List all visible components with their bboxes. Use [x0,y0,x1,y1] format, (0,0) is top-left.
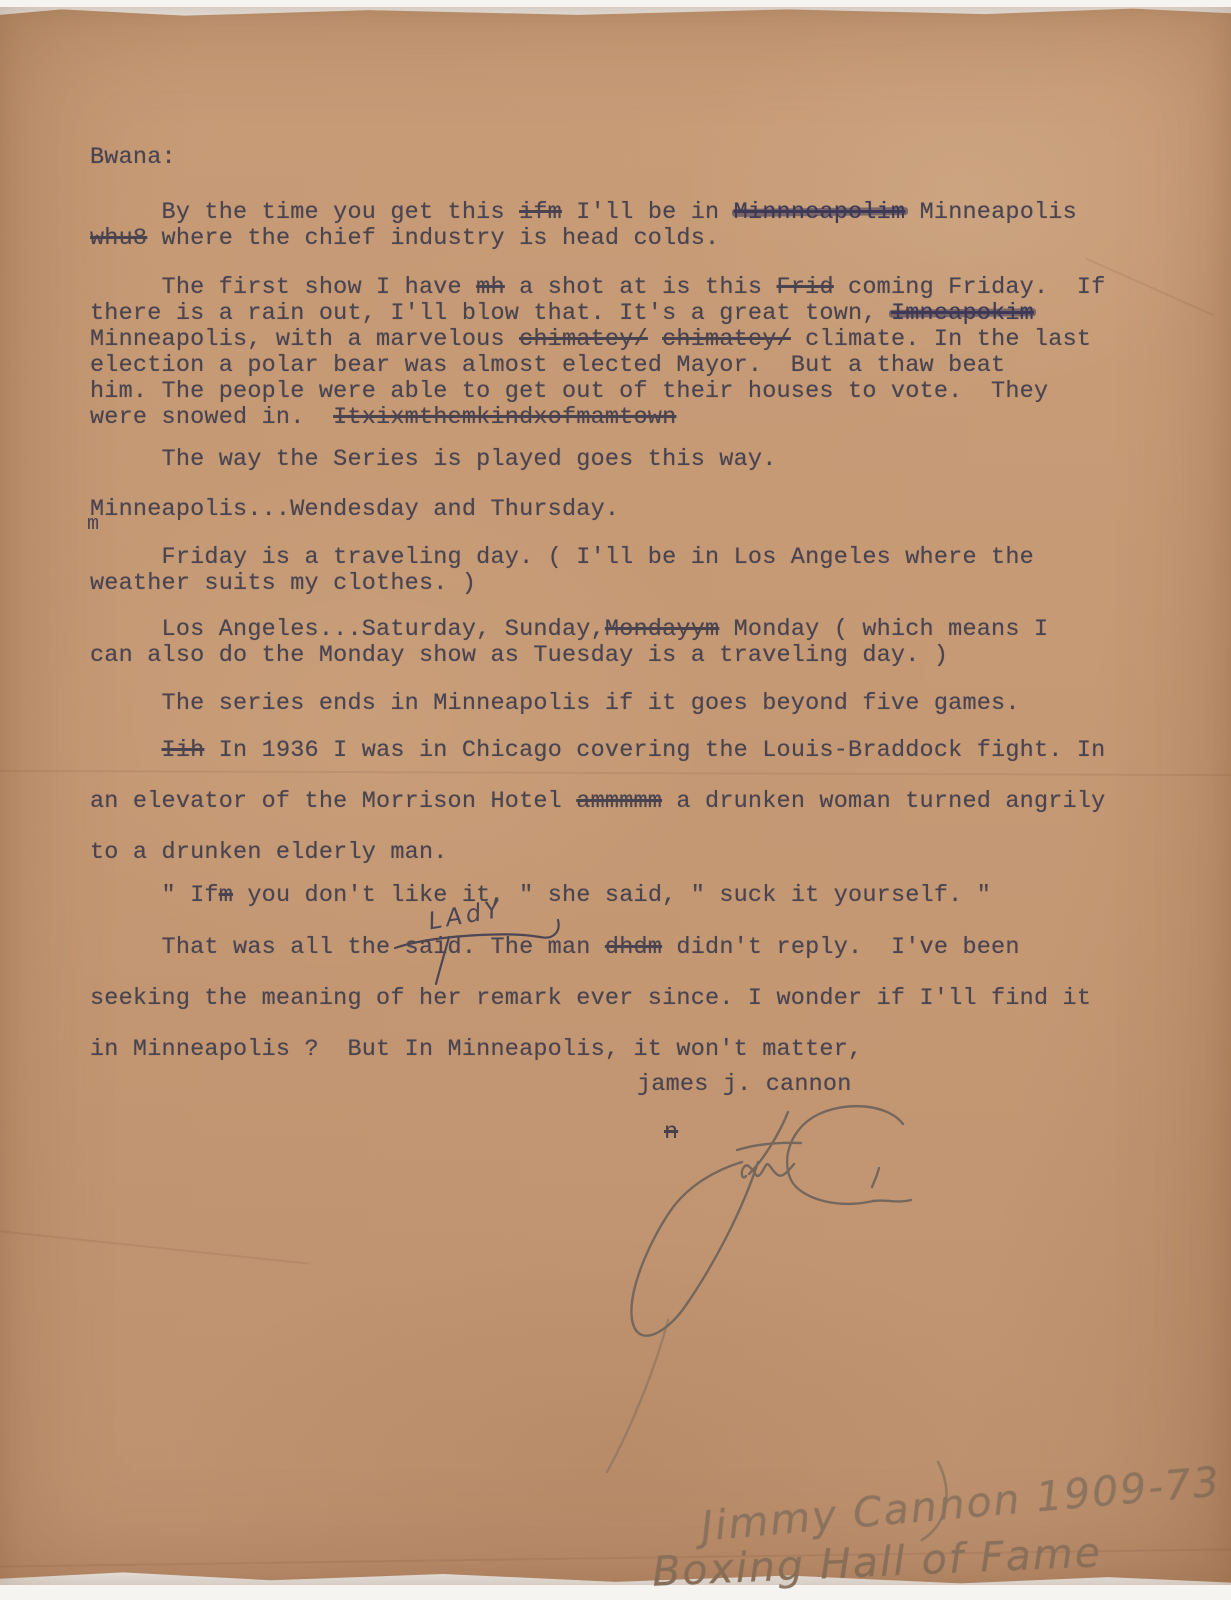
typed-line: The way the Series is played goes this w… [90,447,777,473]
typed-line: to a drunken elderly man. [90,840,1105,866]
struck-out-text: Frid [777,274,834,301]
typed-text: can also do the Monday show as Tuesday i… [90,642,948,669]
struck-out-text: ammmmm [576,788,662,815]
typed-text: in Minneapolis ? But In Minneapolis, it … [90,1036,862,1063]
typed-text: Los Angeles...Saturday, Sunday, [90,616,605,643]
paragraph-first-show: The first show I have mh a shot at is th… [90,275,1106,431]
typed-line: him. The people were able to get out of … [90,379,1106,405]
typed-text: seeking the meaning of her remark ever s… [90,985,1091,1012]
paragraph-quote: " Ifm you don't like it, " she said, " s… [90,883,991,909]
typed-text: The series ends in Minneapolis if it goe… [90,690,1020,717]
typed-text: didn't reply. I've been [662,934,1020,961]
typed-line: there is a rain out, I'll blow that. It'… [90,301,1106,327]
overtype-character: n [664,1119,678,1146]
struck-out-text: dhdm [605,934,662,961]
typed-line: Los Angeles...Saturday, Sunday,Mondayym … [90,617,1048,643]
typed-line: Iih In 1936 I was in Chicago covering th… [90,738,1105,764]
typed-text: a shot at is this [505,274,777,301]
typed-line: in Minneapolis ? But In Minneapolis, it … [90,1037,1091,1063]
typed-text: climate. In the last [791,326,1091,353]
typed-text: him. The people were able to get out of … [90,378,1048,405]
paragraph-minneapolis-days: Minneapolis...Wendesday and Thursday. [90,497,619,523]
typed-text [648,326,662,353]
salutation: Bwana: [90,145,176,171]
paragraph-1936-story: Iih In 1936 I was in Chicago covering th… [90,738,1105,891]
paragraph-closing: That was all the said. The man dhdm didn… [90,935,1091,1088]
typed-text [90,737,162,764]
typed-line: were snowed in. Itxixmthemkindxofmamtown [90,405,1106,431]
struck-out-text: chimatey/ [662,326,791,353]
struck-out-text: Mondayym [605,616,719,643]
typed-text: " If [90,882,219,909]
typed-text: In 1936 I was in Chicago covering the Lo… [204,737,1105,764]
typed-line: can also do the Monday show as Tuesday i… [90,643,1048,669]
paragraph-intro: By the time you get this ifm I'll be in … [90,200,1077,252]
typed-text: to a drunken elderly man. [90,839,448,866]
typed-line: That was all the said. The man dhdm didn… [90,935,1091,961]
typed-text: Minneapolis...Wendesday and Thursday. [90,496,619,523]
struck-out-text: mh [476,274,505,301]
typed-text: weather suits my clothes. ) [90,570,476,597]
typed-text: The way the Series is played goes this w… [90,446,777,473]
typed-text: were snowed in. [90,404,333,431]
typed-text: you don't like it, " she said, " suck it… [233,882,991,909]
typed-text: I'll be in [562,199,734,226]
typed-line: an elevator of the Morrison Hotel ammmmm… [90,789,1105,815]
typed-text: Friday is a traveling day. ( I'll be in … [90,544,1034,571]
struck-out-text: Minnneapolim [734,199,906,226]
struck-out-text: m [219,882,233,909]
typed-line: weather suits my clothes. ) [90,571,1034,597]
typed-text: Minneapolis [905,199,1077,226]
typed-signature-name: james j. cannon [637,1072,852,1098]
typed-text: Minneapolis, with a marvelous [90,326,519,353]
typed-text: election a polar bear was almost elected… [90,352,1005,379]
paragraph-los-angeles: Los Angeles...Saturday, Sunday,Mondayym … [90,617,1048,669]
struck-out-text: ifm [519,199,562,226]
paragraph-series-ends: The series ends in Minneapolis if it goe… [90,691,1020,717]
typed-line: By the time you get this ifm I'll be in … [90,200,1077,226]
typed-line: " Ifm you don't like it, " she said, " s… [90,883,991,909]
typed-line: seeking the meaning of her remark ever s… [90,986,1091,1012]
typed-line: election a polar bear was almost elected… [90,353,1106,379]
typed-text: an elevator of the Morrison Hotel [90,788,576,815]
typed-line: Minneapolis, with a marvelous chimatey/ … [90,327,1106,353]
typed-line: Bwana: [90,145,176,171]
paragraph-friday: Friday is a traveling day. ( I'll be in … [90,545,1034,597]
struck-out-text: Itxixmthemkindxofmamtown [333,404,676,431]
typed-line: Friday is a traveling day. ( I'll be in … [90,545,1034,571]
overtype-character-m: m [87,513,99,536]
typed-text: Monday ( which means I [719,616,1048,643]
struck-out-text: Imneapokim [891,300,1034,327]
typed-text: By the time you get this [90,199,519,226]
typed-line: The first show I have mh a shot at is th… [90,275,1106,301]
typed-text: there is a rain out, I'll blow that. It'… [90,300,891,327]
struck-out-text: chimatey/ [519,326,648,353]
typed-text: where the chief industry is head colds. [147,225,719,252]
paragraph-series-way: The way the Series is played goes this w… [90,447,777,473]
typed-text: That was all the said. The man [90,934,605,961]
typed-text: a drunken woman turned angrily [662,788,1105,815]
struck-out-text: Iih [162,737,205,764]
struck-out-text: whu8 [90,225,147,252]
typed-line: whu8 where the chief industry is head co… [90,226,1077,252]
typed-line: Minneapolis...Wendesday and Thursday. [90,497,619,523]
typed-line: The series ends in Minneapolis if it goe… [90,691,1020,717]
typed-text: coming Friday. If [834,274,1106,301]
typed-text: The first show I have [90,274,476,301]
